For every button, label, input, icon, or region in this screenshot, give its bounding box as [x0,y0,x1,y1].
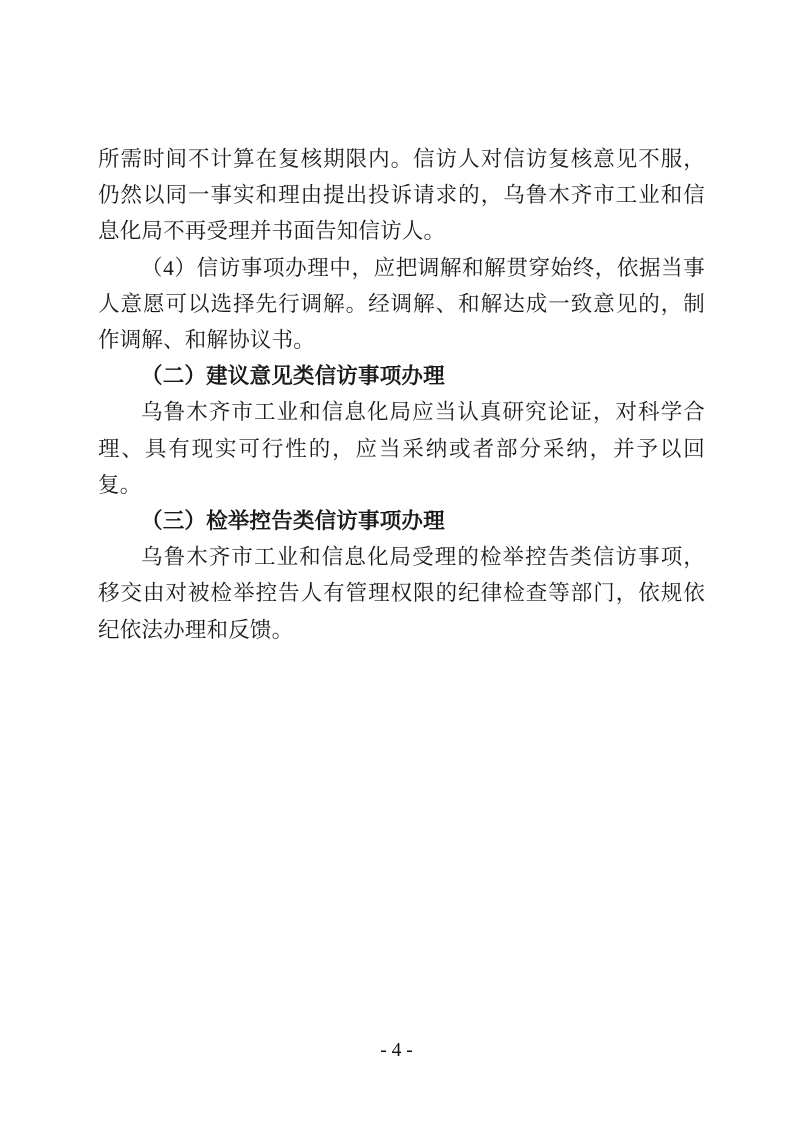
section-heading-3: （三）检举控告类信访事项办理 [98,503,705,539]
section-heading-2: （二）建议意见类信访事项办理 [98,358,705,394]
page-number: - 4 - [0,1037,793,1065]
body-paragraph-suggestions: 乌鲁木齐市工业和信息化局应当认真研究论证，对科学合理、具有现实可行性的，应当采纳… [98,394,705,503]
body-paragraph-item-4: （4）信访事项办理中，应把调解和解贯穿始终，依据当事人意愿可以选择先行调解。经调… [98,250,705,359]
body-paragraph-accusations: 乌鲁木齐市工业和信息化局受理的检举控告类信访事项，移交由对被检举控告人有管理权限… [98,539,705,648]
document-page: 所需时间不计算在复核期限内。信访人对信访复核意见不服，仍然以同一事实和理由提出投… [0,0,793,1122]
document-body: 所需时间不计算在复核期限内。信访人对信访复核意见不服，仍然以同一事实和理由提出投… [98,141,705,648]
body-paragraph-continuation: 所需时间不计算在复核期限内。信访人对信访复核意见不服，仍然以同一事实和理由提出投… [98,141,705,250]
